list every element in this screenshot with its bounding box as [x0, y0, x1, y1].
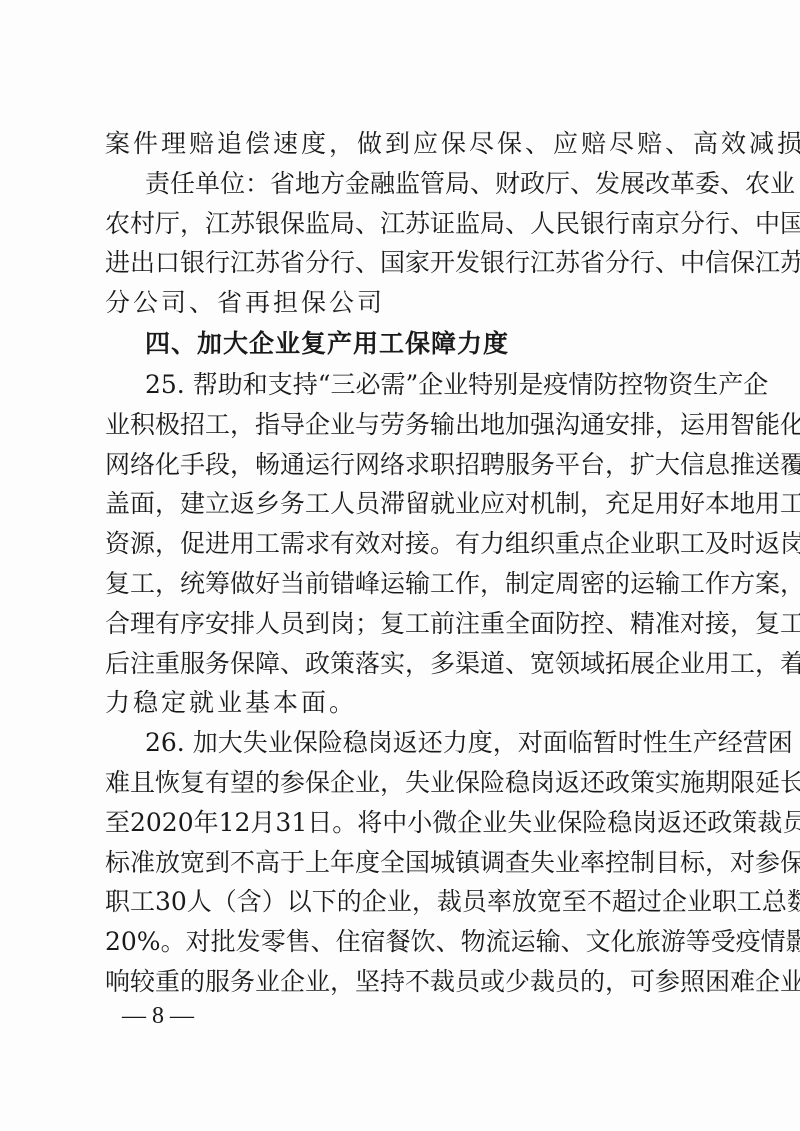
- text-line: 职工30人（含）以下的企业，裁员率放宽至不超过企业职工总数: [105, 882, 697, 922]
- text-line: 20%。对批发零售、住宿餐饮、物流运输、文化旅游等受疫情影: [105, 922, 697, 962]
- text-line: 力稳定就业基本面。: [105, 683, 697, 723]
- text-line: 资源，促进用工需求有效对接。有力组织重点企业职工及时返岗: [105, 524, 697, 564]
- document-page: 案件理赔追偿速度，做到应保尽保、应赔尽赔、高效减损。 责任单位：省地方金融监管局…: [0, 0, 800, 1131]
- document-body: 案件理赔追偿速度，做到应保尽保、应赔尽赔、高效减损。 责任单位：省地方金融监管局…: [105, 124, 697, 1002]
- page-number: — 8 —: [122, 1002, 194, 1030]
- text-line: 25. 帮助和支持“三必需”企业特别是疫情防控物资生产企: [105, 365, 697, 405]
- text-line: 分公司、省再担保公司: [105, 283, 697, 323]
- section-heading: 四、加大企业复产用工保障力度: [105, 323, 697, 365]
- paragraph-insurance-claims-tail: 案件理赔追偿速度，做到应保尽保、应赔尽赔、高效减损。: [105, 124, 697, 164]
- section-heading-text: 四、加大企业复产用工保障力度: [105, 323, 697, 365]
- paragraph-item-25: 25. 帮助和支持“三必需”企业特别是疫情防控物资生产企 业积极招工，指导企业与…: [105, 365, 697, 723]
- text-line: 盖面，建立返乡务工人员滞留就业应对机制，充足用好本地用工: [105, 484, 697, 524]
- text-line: 业积极招工，指导企业与劳务输出地加强沟通安排，运用智能化、: [105, 405, 697, 445]
- text-line: 后注重服务保障、政策落实，多渠道、宽领域拓展企业用工，着: [105, 644, 697, 684]
- paragraph-responsible-units: 责任单位：省地方金融监管局、财政厅、发展改革委、农业 农村厅，江苏银保监局、江苏…: [105, 164, 697, 323]
- text-line: 响较重的服务业企业，坚持不裁员或少裁员的，可参照困难企业: [105, 962, 697, 1002]
- text-line: 责任单位：省地方金融监管局、财政厅、发展改革委、农业: [105, 164, 697, 204]
- paragraph-item-26: 26. 加大失业保险稳岗返还力度，对面临暂时性生产经营困 难且恢复有望的参保企业…: [105, 723, 697, 1002]
- text-line: 农村厅，江苏银保监局、江苏证监局、人民银行南京分行、中国: [105, 204, 697, 244]
- text-line: 标准放宽到不高于上年度全国城镇调查失业率控制目标，对参保: [105, 843, 697, 883]
- text-line: 难且恢复有望的参保企业，失业保险稳岗返还政策实施期限延长: [105, 763, 697, 803]
- text-line: 网络化手段，畅通运行网络求职招聘服务平台，扩大信息推送覆: [105, 445, 697, 485]
- text-line: 进出口银行江苏省分行、国家开发银行江苏省分行、中信保江苏: [105, 243, 697, 283]
- text-line: 26. 加大失业保险稳岗返还力度，对面临暂时性生产经营困: [105, 723, 697, 763]
- text-line: 案件理赔追偿速度，做到应保尽保、应赔尽赔、高效减损。: [105, 124, 697, 164]
- text-line: 至2020年12月31日。将中小微企业失业保险稳岗返还政策裁员率: [105, 803, 697, 843]
- text-line: 复工，统筹做好当前错峰运输工作，制定周密的运输工作方案，: [105, 564, 697, 604]
- text-line: 合理有序安排人员到岗；复工前注重全面防控、精准对接，复工: [105, 604, 697, 644]
